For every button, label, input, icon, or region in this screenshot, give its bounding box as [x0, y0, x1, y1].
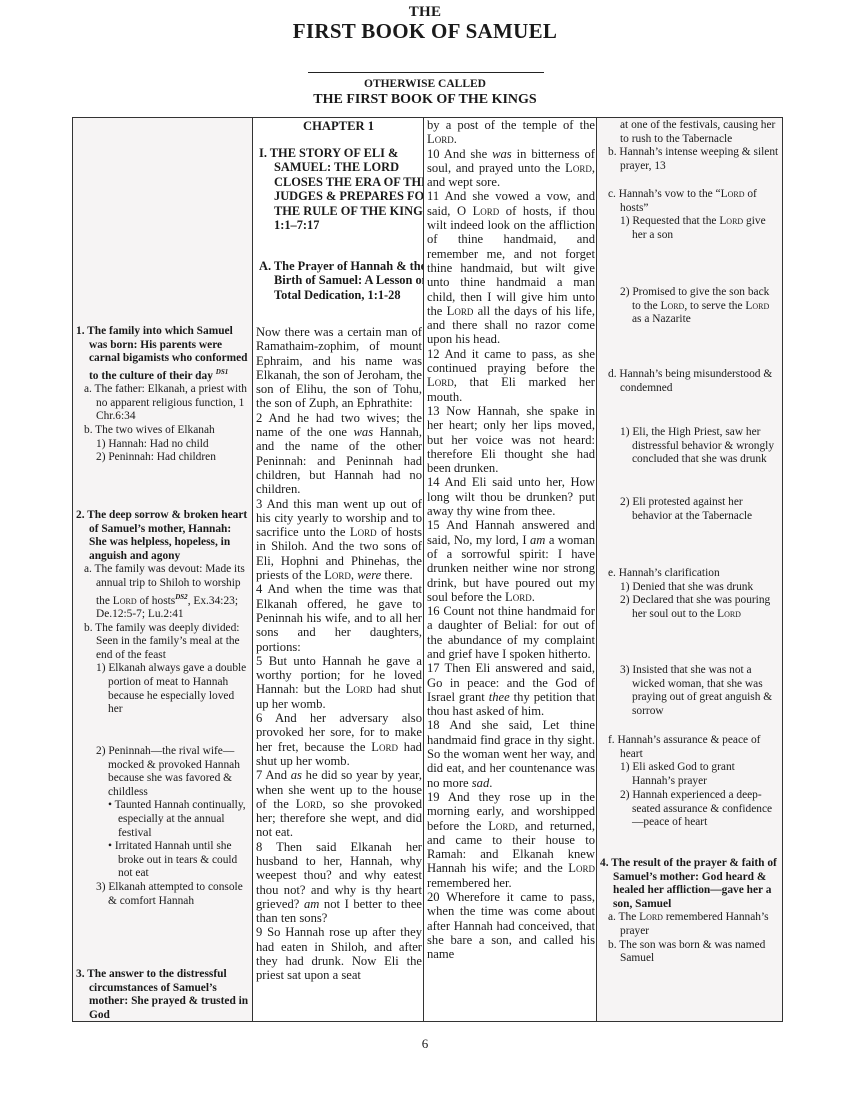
scripture-column-1: CHAPTER 1 I. THE STORY OF ELI & SAMUEL: …: [253, 118, 424, 1021]
verse-9: 9 So Hannah rose up after they had eaten…: [256, 925, 422, 982]
verse-10: 10 And she was in bitterness of soul, an…: [427, 147, 595, 190]
outline-item-d2: 2) Eli protested against her behavior at…: [597, 496, 780, 523]
verse-1: Now there was a certain man of Ramathaim…: [256, 325, 422, 411]
footnote-ds2[interactable]: DS2: [175, 593, 187, 601]
otherwise-called: OTHERWISE CALLED: [0, 78, 850, 90]
verse-2: 2 And he had two wives; the name of the …: [256, 411, 422, 497]
scripture-text-2: by a post of the temple of the Lord. 10 …: [424, 118, 597, 962]
outline-point-2: 2. The deep sorrow & broken heart of Sam…: [73, 509, 251, 717]
outline-item-f2: 2) Hannah experienced a deep-seated assu…: [597, 789, 780, 830]
outline-item-e: e. Hannah’s clarification 1) Denied that…: [597, 567, 780, 621]
verse-17: 17 Then Eli answered and said, Go in pea…: [427, 661, 595, 718]
outline-item-f: f. Hannah’s assurance & peace of heart 1…: [597, 734, 780, 788]
book-title: FIRST BOOK OF SAMUEL: [0, 19, 850, 44]
commentary-table: 1. The family into which Samuel was born…: [72, 117, 783, 1022]
title-rule: [308, 72, 544, 73]
outline-item-c2: 2) Promised to give the son back to the …: [597, 286, 780, 327]
footnote-ds1[interactable]: DS1: [216, 368, 228, 376]
scripture-text-1: Now there was a certain man of Ramathaim…: [253, 325, 424, 983]
scripture-column-2: by a post of the temple of the Lord. 10 …: [424, 118, 597, 1021]
verse-11: 11 And she vowed a vow, and said, O Lord…: [427, 189, 595, 346]
outline-item-c: c. Hannah’s vow to the “Lord of hosts” 1…: [597, 188, 780, 242]
outline-item-d1: 1) Eli, the High Priest, saw her distres…: [597, 426, 780, 467]
outline-point-4: 4. The result of the prayer & faith of S…: [597, 857, 780, 966]
right-outline-column: at one of the festivals, causing her to …: [597, 118, 782, 1021]
verse-19: 19 And they rose up in the morning early…: [427, 790, 595, 890]
verse-3: 3 And this man went up out of his city y…: [256, 497, 422, 583]
verse-6: 6 And her adversary also provoked her so…: [256, 711, 422, 768]
verse-13: 13 Now Hannah, she spake in her heart; o…: [427, 404, 595, 475]
left-outline-column: 1. The family into which Samuel was born…: [73, 118, 253, 1021]
verse-14: 14 And Eli said unto her, How long wilt …: [427, 475, 595, 518]
verse-12: 12 And it came to pass, as she continued…: [427, 347, 595, 404]
division-heading-A: A. The Prayer of Hannah & the Birth of S…: [256, 259, 424, 302]
outline-point-3: 3. The answer to the distressful circums…: [73, 968, 251, 1021]
outline-point-2-cont: 2) Peninnah—the rival wife—mocked & prov…: [73, 745, 251, 908]
verse-9-cont: by a post of the temple of the Lord.: [427, 118, 595, 147]
page-number: 6: [0, 1036, 850, 1052]
verse-20: 20 Wherefore it came to pass, when the t…: [427, 890, 595, 961]
chapter-title: CHAPTER 1: [253, 119, 424, 134]
outline-point-3-cont: at one of the festivals, causing her to …: [597, 119, 780, 173]
division-heading-I: I. THE STORY OF ELI & SAMUEL: THE LORD C…: [256, 146, 424, 232]
outline-item-e3: 3) Insisted that she was not a wicked wo…: [597, 664, 780, 718]
outline-point-1: 1. The family into which Samuel was born…: [73, 325, 251, 465]
verse-5: 5 But unto Hannah he gave a worthy porti…: [256, 654, 422, 711]
verse-16: 16 Count not thine handmaid for a daught…: [427, 604, 595, 661]
verse-4: 4 And when the time was that Elkanah off…: [256, 582, 422, 653]
verse-18: 18 And she said, Let thine handmaid find…: [427, 718, 595, 789]
verse-15: 15 And Hannah answered and said, No, my …: [427, 518, 595, 604]
outline-item-d: d. Hannah’s being misunderstood & condem…: [597, 368, 780, 395]
verse-8: 8 Then said Elkanah her husband to her, …: [256, 840, 422, 926]
verse-7: 7 And as he did so year by year, when sh…: [256, 768, 422, 839]
alt-title: THE FIRST BOOK OF THE KINGS: [0, 92, 850, 108]
